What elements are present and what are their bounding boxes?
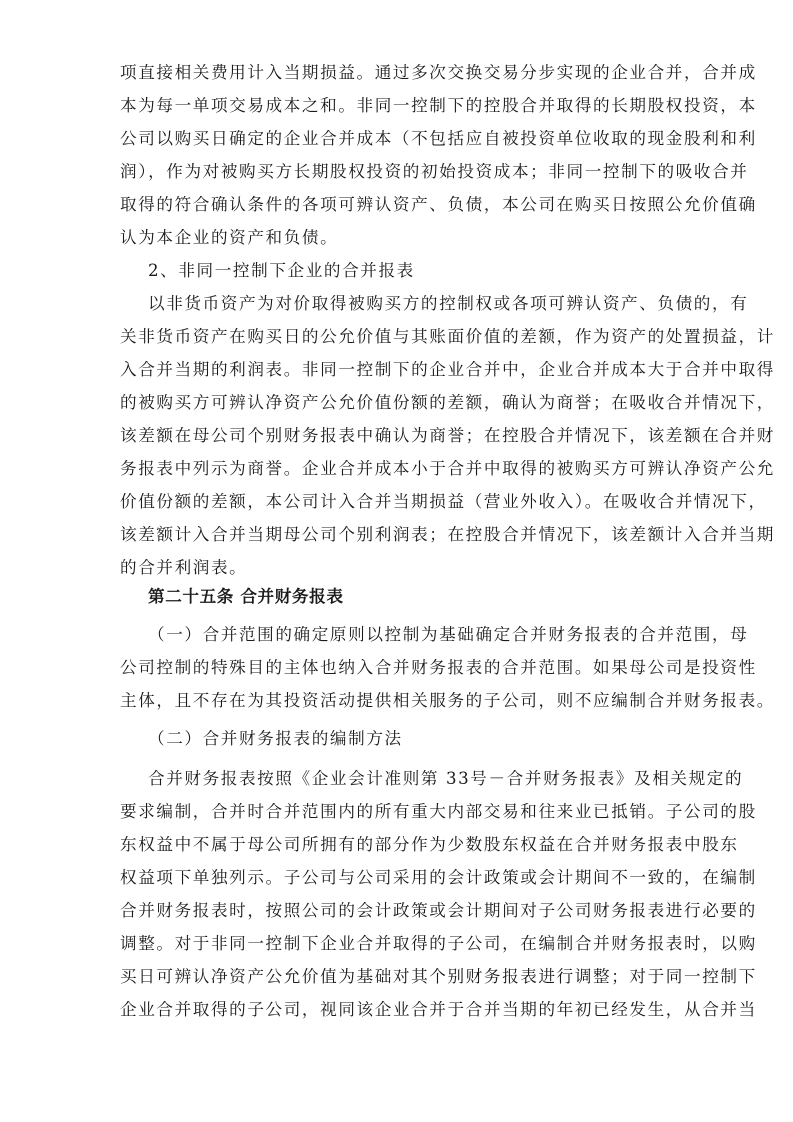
body-text-line: 合并财务报表时，按照公司的会计政策或会计期间对子公司财务报表进行必要的 [120,900,680,922]
body-text-line: 项直接相关费用计入当期损益。通过多次交换交易分步实现的企业合并，合并成 [120,62,680,84]
body-text-line: 该差额在母公司个别财务报表中确认为商誉；在控股合并情况下，该差额在合并财 [120,425,680,447]
body-text-line: 该差额计入合并当期母公司个别利润表；在控股合并情况下，该差额计入合并当期 [120,524,680,546]
body-text-line: 的合并利润表。 [120,557,680,579]
body-text-line: 主体，且不存在为其投资活动提供相关服务的子公司，则不应编制合并财务报表。 [120,690,680,712]
body-text-line: 公司控制的特殊目的主体也纳入合并财务报表的合并范围。如果母公司是投资性 [120,657,680,679]
body-text-line: 价值份额的差额，本公司计入合并当期损益（营业外收入）。在吸收合并情况下， [120,491,680,513]
subsection-heading: （二）合并财务报表的编制方法 [148,728,708,750]
body-text-line: 务报表中列示为商誉。企业合并成本小于合并中取得的被购买方可辨认净资产公允 [120,458,680,480]
article-heading: 第二十五条 合并财务报表 [148,586,708,608]
body-text-line: 取得的符合确认条件的各项可辨认资产、负债，本公司在购买日按照公允价值确 [120,194,680,216]
body-text-line: 买日可辨认净资产公允价值为基础对其个别财务报表进行调整；对于同一控制下 [120,966,680,988]
body-text-line: 以非货币资产为对价取得被购买方的控制权或各项可辨认资产、负债的，有 [148,293,708,315]
body-text-line: 要求编制，合并时合并范围内的所有重大内部交易和往来业已抵销。子公司的股 [120,801,680,823]
subsection-heading: 2、非同一控制下企业的合并报表 [148,260,708,282]
body-text-line: 本为每一单项交易成本之和。非同一控制下的控股合并取得的长期股权投资，本 [120,95,680,117]
body-text-line: 合并财务报表按照《企业会计准则第 33号－合并财务报表》及相关规定的 [148,768,708,790]
body-text-line: 东权益中不属于母公司所拥有的部分作为少数股东权益在合并财务报表中股东 [120,834,680,856]
body-text-line: 入合并当期的利润表。非同一控制下的企业合并中，企业合并成本大于合并中取得 [120,359,680,381]
body-text-line: 润），作为对被购买方长期股权投资的初始投资成本；非同一控制下的吸收合并 [120,161,680,183]
body-text-line: 关非货币资产在购买日的公允价值与其账面价值的差额，作为资产的处置损益，计 [120,326,680,348]
body-text-line: 认为本企业的资产和负债。 [120,227,680,249]
body-text-line: 企业合并取得的子公司，视同该企业合并于合并当期的年初已经发生，从合并当 [120,999,680,1021]
document-page: 项直接相关费用计入当期损益。通过多次交换交易分步实现的企业合并，合并成 本为每一… [0,0,793,1122]
body-text-line: 公司以购买日确定的企业合并成本（不包括应自被投资单位收取的现金股利和利 [120,128,680,150]
body-text-line: 调整。对于非同一控制下企业合并取得的子公司，在编制合并财务报表时，以购 [120,933,680,955]
body-text-line: （一）合并范围的确定原则以控制为基础确定合并财务报表的合并范围，母 [148,624,708,646]
body-text-line: 权益项下单独列示。子公司与公司采用的会计政策或会计期间不一致的，在编制 [120,867,680,889]
body-text-line: 的被购买方可辨认净资产公允价值份额的差额，确认为商誉；在吸收合并情况下， [120,392,680,414]
